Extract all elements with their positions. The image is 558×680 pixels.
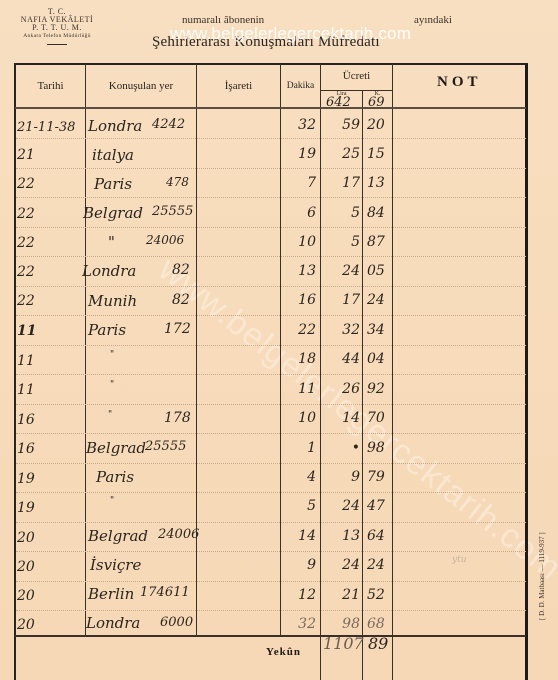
column-divider xyxy=(85,64,86,635)
cell-lira: 13 xyxy=(322,528,360,544)
cell-kurus: 47 xyxy=(367,498,385,514)
cell-lira: 32 xyxy=(322,322,360,338)
total-lira: 1107 xyxy=(323,634,364,653)
row-line xyxy=(16,168,526,169)
issuer-block: T. C. NAFIA VEKÂLETİ P. T. T. U. M. Anka… xyxy=(14,8,100,45)
column-header-not: NOT xyxy=(437,74,482,91)
cell-kurus: 52 xyxy=(367,587,385,603)
cell-dakika: 9 xyxy=(284,557,316,573)
cell-tarihi: 16 xyxy=(17,441,35,457)
cell-dakika: 1 xyxy=(284,440,316,456)
row-line xyxy=(16,374,526,375)
cell-kurus: 79 xyxy=(367,469,385,485)
cell-no: 25555 xyxy=(145,439,186,454)
cell-yer: Paris xyxy=(96,468,134,486)
total-kurus: 89 xyxy=(368,634,388,653)
cell-lira: • xyxy=(322,440,360,456)
cell-dakika: 13 xyxy=(284,263,316,279)
cell-dakika: 5 xyxy=(284,498,316,514)
row-line xyxy=(16,433,526,434)
cell-kurus: 04 xyxy=(367,351,385,367)
cell-yer: Paris xyxy=(88,321,126,339)
row-line xyxy=(16,463,526,464)
column-divider xyxy=(320,64,321,680)
row-line xyxy=(16,197,526,198)
cell-yer: İsviçre xyxy=(90,556,141,574)
cell-lira: 5 xyxy=(322,234,360,250)
column-header-isareti: İşareti xyxy=(197,80,280,92)
cell-tarihi: 20 xyxy=(17,559,35,575)
row-line xyxy=(16,492,526,493)
cell-kurus: 84 xyxy=(367,205,385,221)
cell-tarihi: 21 xyxy=(17,147,35,163)
column-divider xyxy=(362,90,363,680)
cell-no: 172 xyxy=(164,321,191,337)
cell-tarihi: 22 xyxy=(17,206,35,222)
cell-kurus: 87 xyxy=(367,234,385,250)
cell-kurus: 64 xyxy=(367,528,385,544)
row-line xyxy=(16,256,526,257)
cell-dakika: 32 xyxy=(284,117,316,133)
cell-dakika: 12 xyxy=(284,587,316,603)
row-line xyxy=(16,581,526,582)
cell-yer: Paris xyxy=(94,175,132,193)
cell-lira: 24 xyxy=(322,557,360,573)
row-line xyxy=(16,138,526,139)
cell-tarihi: 20 xyxy=(17,617,35,633)
column-header-tarihi: Tarihi xyxy=(16,80,85,92)
cell-yer: Belgrad xyxy=(86,439,146,457)
cell-tarihi: 19 xyxy=(17,500,35,516)
cell-kurus: 20 xyxy=(367,117,385,133)
cell-dakika: 10 xyxy=(284,410,316,426)
cell-yer: Munih xyxy=(88,292,137,310)
cell-yer: Berlin xyxy=(88,585,134,603)
printer-imprint: [ D. D. Matbaası — 1119-937 ] xyxy=(538,532,546,620)
issuer-line: P. T. T. U. M. xyxy=(14,24,100,32)
faint-stamp: ytu xyxy=(452,555,467,565)
row-line xyxy=(16,315,526,316)
column-header-ucreti: Ücreti xyxy=(321,70,392,82)
cell-lira: 5 xyxy=(322,205,360,221)
cell-tarihi: 22 xyxy=(17,293,35,309)
cell-yer: " xyxy=(108,233,115,251)
total-divider xyxy=(15,635,526,637)
cell-no: 25555 xyxy=(152,204,193,219)
cell-yer: Londra xyxy=(86,614,140,632)
row-line xyxy=(16,610,526,611)
cell-lira: 17 xyxy=(322,292,360,308)
column-header-konusulan-yer: Konuşulan yer xyxy=(86,80,196,92)
cell-no: 82 xyxy=(172,292,190,308)
cell-dakika: 4 xyxy=(284,469,316,485)
cell-yer: Londra xyxy=(82,262,136,280)
cell-tarihi: 11 xyxy=(17,323,36,339)
carried-kurus: 69 xyxy=(368,95,385,110)
cell-dakika: 7 xyxy=(284,175,316,191)
row-line xyxy=(16,286,526,287)
cell-tarihi: 19 xyxy=(17,471,35,487)
cell-dakika: 16 xyxy=(284,292,316,308)
cell-tarihi: 22 xyxy=(17,264,35,280)
cell-yer: Belgrad xyxy=(83,204,143,222)
cell-kurus: 24 xyxy=(367,292,385,308)
cell-no: 6000 xyxy=(160,615,193,630)
cell-lira: 14 xyxy=(322,410,360,426)
column-divider xyxy=(280,64,281,635)
cell-kurus: 24 xyxy=(367,557,385,573)
cell-lira: 9 xyxy=(322,469,360,485)
cell-tarihi: 20 xyxy=(17,530,35,546)
cell-tarihi: 22 xyxy=(17,176,35,192)
cell-no: 178 xyxy=(164,410,191,426)
cell-lira: 24 xyxy=(322,498,360,514)
row-line xyxy=(16,551,526,552)
cell-yer: " xyxy=(110,380,114,390)
cell-kurus: 15 xyxy=(367,146,385,162)
divider xyxy=(47,44,67,45)
cell-kurus: 68 xyxy=(367,616,385,632)
cell-tarihi: 21-11-38 xyxy=(17,120,75,135)
row-line xyxy=(16,227,526,228)
month-label: ayındaki xyxy=(414,14,452,26)
cell-dakika: 22 xyxy=(284,322,316,338)
cell-dakika: 19 xyxy=(284,146,316,162)
cell-lira: 24 xyxy=(322,263,360,279)
form-page: T. C. NAFIA VEKÂLETİ P. T. T. U. M. Anka… xyxy=(0,0,558,680)
cell-lira: 25 xyxy=(322,146,360,162)
cell-lira: 59 xyxy=(322,117,360,133)
cell-yer: " xyxy=(110,350,114,360)
cell-kurus: 34 xyxy=(367,322,385,338)
cell-lira: 17 xyxy=(322,175,360,191)
cell-kurus: 05 xyxy=(367,263,385,279)
column-header-dakika: Dakika xyxy=(281,81,320,91)
row-line xyxy=(16,522,526,523)
cell-tarihi: 22 xyxy=(17,235,35,251)
row-line xyxy=(16,345,526,346)
cell-dakika: 18 xyxy=(284,351,316,367)
issuer-line: Ankara Telefon Müdürlüğü xyxy=(14,32,100,40)
column-divider xyxy=(196,64,197,635)
cell-tarihi: 11 xyxy=(17,353,35,369)
carried-lira: 642 xyxy=(326,95,351,110)
cell-dakika: 11 xyxy=(284,381,316,397)
cell-dakika: 6 xyxy=(284,205,316,221)
cell-yer: italya xyxy=(92,146,134,164)
watermark: www.belgelerlegercektarih.com xyxy=(170,24,411,44)
cell-no: 478 xyxy=(166,175,189,189)
cell-kurus: 92 xyxy=(367,381,385,397)
cell-no: 24006 xyxy=(158,527,199,542)
cell-lira: 98 xyxy=(322,616,360,632)
cell-tarihi: 16 xyxy=(17,412,35,428)
total-label: Yekûn xyxy=(266,646,301,658)
cell-lira: 44 xyxy=(322,351,360,367)
cell-kurus: 13 xyxy=(367,175,385,191)
cell-no: 174611 xyxy=(140,585,190,600)
cell-tarihi: 20 xyxy=(17,588,35,604)
cell-dakika: 10 xyxy=(284,234,316,250)
cell-lira: 21 xyxy=(322,587,360,603)
cell-dakika: 14 xyxy=(284,528,316,544)
cell-yer: Londra xyxy=(88,117,142,135)
cell-dakika: 32 xyxy=(284,616,316,632)
cell-kurus: 70 xyxy=(367,410,385,426)
cell-kurus: 98 xyxy=(367,440,385,456)
cell-lira: 26 xyxy=(322,381,360,397)
cell-no: 82 xyxy=(172,262,190,278)
column-divider xyxy=(392,64,393,680)
cell-yer: " xyxy=(110,496,114,506)
cell-no: 4242 xyxy=(152,117,185,132)
cell-no: 24006 xyxy=(146,233,184,247)
cell-yer: Belgrad xyxy=(88,527,148,545)
cell-yer: " xyxy=(108,410,112,420)
row-line xyxy=(16,404,526,405)
cell-tarihi: 11 xyxy=(17,382,35,398)
header-divider xyxy=(15,107,526,109)
